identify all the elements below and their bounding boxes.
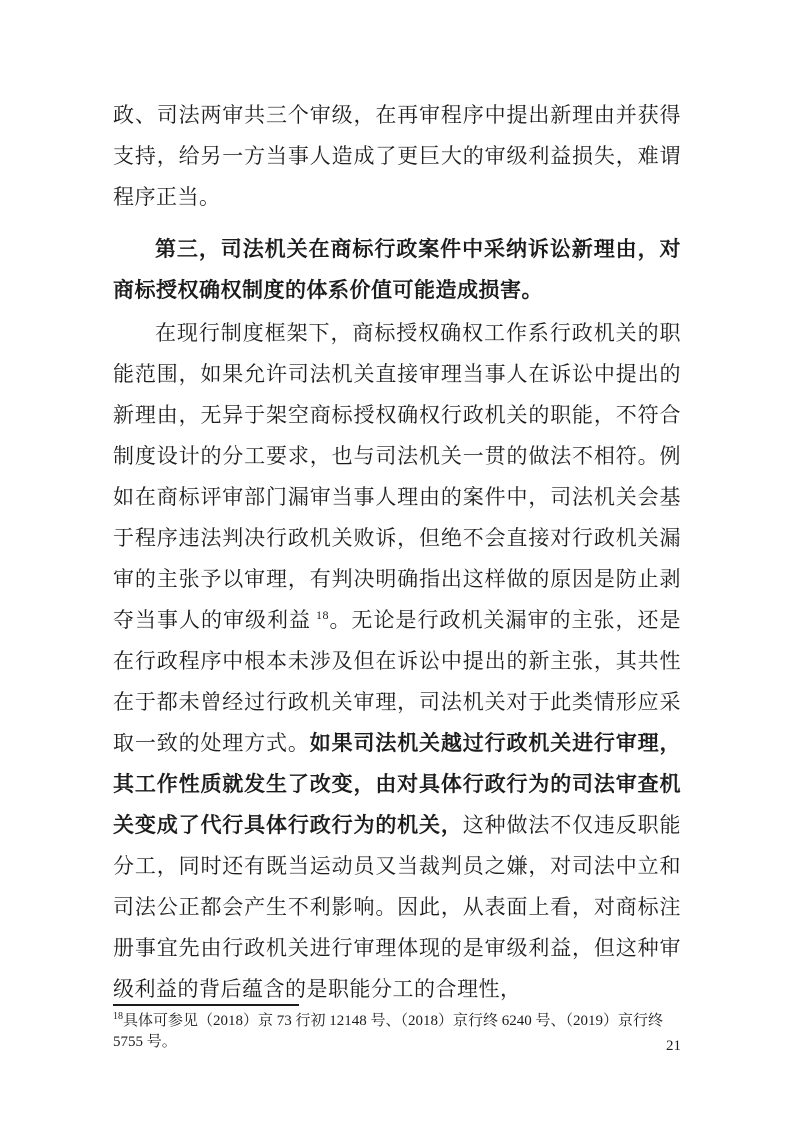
document-page: 政、司法两审共三个审级，在再审程序中提出新理由并获得支持，给另一方当事人造成了更… bbox=[0, 0, 794, 1123]
section-heading-text: 第三，司法机关在商标行政案件中采纳诉讼新理由，对商标授权确权制度的体系价值可能造… bbox=[113, 237, 681, 302]
section-heading: 第三，司法机关在商标行政案件中采纳诉讼新理由，对商标授权确权制度的体系价值可能造… bbox=[113, 229, 681, 311]
footnote-separator-line bbox=[113, 1004, 299, 1006]
footnote-text: 具体可参见（2018）京 73 行初 12148 号、（2018）京行终 624… bbox=[113, 1013, 663, 1050]
paragraph-main-lead: 在现行制度框架下，商标授权确权工作系行政机关的职能范围，如果允许司法机关直接审理… bbox=[113, 321, 681, 632]
footnote-reference: 18 bbox=[316, 608, 329, 622]
page-number: 21 bbox=[666, 1036, 681, 1057]
page-body: 政、司法两审共三个审级，在再审程序中提出新理由并获得支持，给另一方当事人造成了更… bbox=[113, 95, 681, 1010]
paragraph-main: 在现行制度框架下，商标授权确权工作系行政机关的职能范围，如果允许司法机关直接审理… bbox=[113, 313, 681, 1010]
footnote-marker: 18 bbox=[113, 1011, 123, 1022]
paragraph-main-tail: 这种做法不仅违反职能分工，同时还有既当运动员又当裁判员之嫌，对司法中立和司法公正… bbox=[113, 813, 681, 1001]
footnote: 18具体可参见（2018）京 73 行初 12148 号、（2018）京行终 6… bbox=[113, 1011, 681, 1053]
paragraph-continuation-text: 政、司法两审共三个审级，在再审程序中提出新理由并获得支持，给另一方当事人造成了更… bbox=[113, 103, 681, 209]
paragraph-continuation: 政、司法两审共三个审级，在再审程序中提出新理由并获得支持，给另一方当事人造成了更… bbox=[113, 95, 681, 218]
footnote-area: 18具体可参见（2018）京 73 行初 12148 号、（2018）京行终 6… bbox=[113, 1004, 681, 1053]
